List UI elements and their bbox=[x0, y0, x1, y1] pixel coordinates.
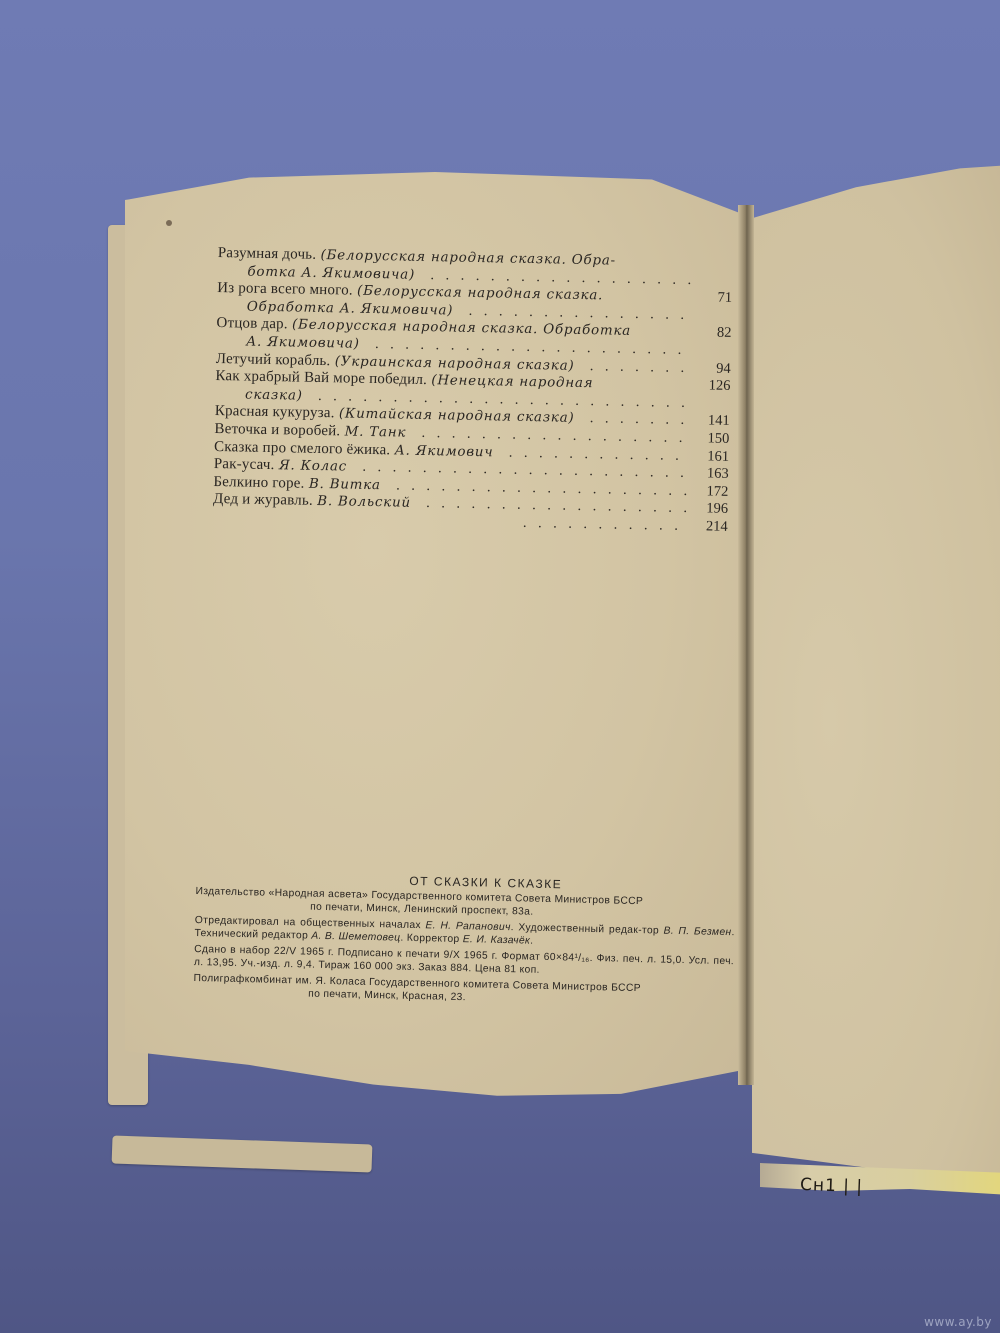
table-of-contents: Разумная дочь. (Белорусская народная ска… bbox=[213, 245, 733, 536]
toc-entry-author: (Ненецкая народная bbox=[431, 373, 593, 391]
book-gutter bbox=[738, 205, 754, 1085]
corrector-name: Е. И. Казачёк bbox=[463, 934, 531, 947]
tech-editor-name: А. В. Шеметовец bbox=[311, 931, 400, 944]
toc-page-number: 126 bbox=[694, 377, 730, 395]
toc-page-number: 163 bbox=[693, 465, 729, 483]
toc-page-number: 214 bbox=[692, 518, 728, 536]
cover-handwriting: Сн1 | | bbox=[800, 1175, 864, 1197]
toc-page-number: 82 bbox=[695, 325, 731, 343]
toc-entry-title: Отцов дар. bbox=[216, 315, 288, 332]
toc-page-number: 196 bbox=[692, 500, 728, 518]
toc-entry-author: Я. Колас bbox=[279, 458, 347, 474]
toc-entry-title: Белкино горе. bbox=[213, 474, 304, 492]
paper-speck bbox=[166, 220, 172, 226]
toc-entry-title: Сказка про смелого ёжика. bbox=[214, 438, 391, 457]
watermark: www.ay.by bbox=[924, 1315, 992, 1329]
toc-page-number: 94 bbox=[695, 360, 731, 378]
toc-entry-title: Из рога всего много. bbox=[217, 280, 353, 299]
editor-name: Е. Н. Рапанович bbox=[425, 920, 510, 933]
toc-page-number: 141 bbox=[694, 413, 730, 431]
toc-entry-title: Веточка и воробей. bbox=[214, 421, 340, 439]
art-editor-name: В. П. Безмен bbox=[663, 926, 731, 939]
toc-entry-author: В. Вольский bbox=[317, 494, 411, 511]
toc-entry-title: Летучий корабль. bbox=[216, 351, 331, 369]
toc-page-number: 161 bbox=[693, 448, 729, 466]
colophon: ОТ СКАЗКИ К СКАЗКЕ Издательство «Народна… bbox=[193, 870, 736, 1010]
toc-entry-author: А. Якимович bbox=[395, 443, 494, 460]
toc-page-number: 150 bbox=[693, 430, 729, 448]
toc-entry-title: Красная кукуруза. bbox=[215, 403, 335, 421]
toc-entry-title: Рак-усач. bbox=[214, 456, 275, 473]
toc-entry-author: М. Танк bbox=[344, 424, 406, 440]
toc-entry-title: Разумная дочь. bbox=[218, 245, 317, 263]
toc-entry-author: Обработка А. Якимовича) bbox=[247, 299, 454, 318]
toc-entry-title: Дед и журавль. bbox=[213, 491, 313, 509]
toc-entry-author: ботка А. Якимовича) bbox=[247, 264, 415, 282]
page-stack-edge-bottom bbox=[112, 1135, 373, 1172]
toc-entry-author: В. Витка bbox=[309, 477, 381, 493]
right-page bbox=[752, 165, 1000, 1275]
toc-page-number: 172 bbox=[692, 483, 728, 501]
toc-entry-author: А. Якимовича) bbox=[246, 335, 360, 352]
toc-entry-author: сказка) bbox=[245, 387, 303, 403]
toc-page-number: 71 bbox=[696, 289, 732, 307]
toc-entry-title: Как храбрый Вай море победил. bbox=[215, 368, 427, 388]
